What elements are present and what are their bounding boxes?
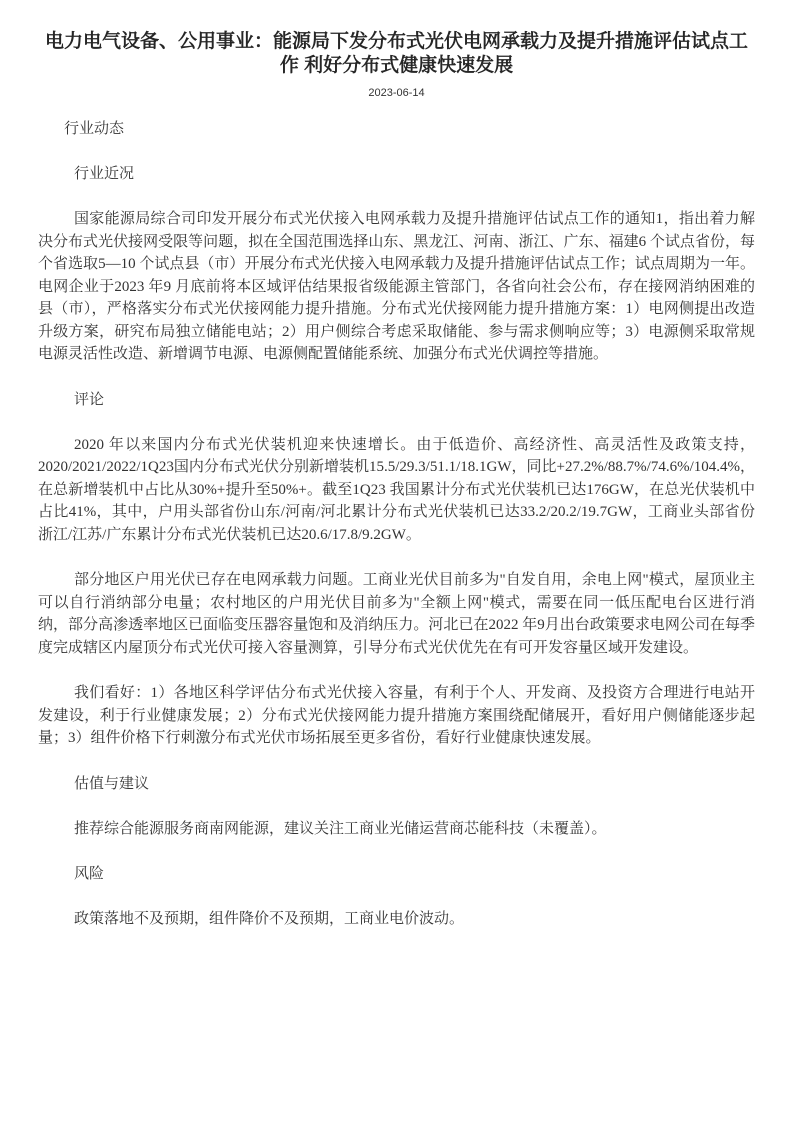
- paragraph: 2020 年以来国内分布式光伏装机迎来快速增长。由于低造价、高经济性、高灵活性及…: [38, 434, 755, 547]
- doc-date: 2023-06-14: [38, 86, 755, 100]
- paragraph: 部分地区户用光伏已存在电网承载力问题。工商业光伏目前多为"自发自用，余电上网"模…: [38, 569, 755, 659]
- document-page: 电力电气设备、公用事业：能源局下发分布式光伏电网承载力及提升措施评估试点工作 利…: [0, 0, 793, 1122]
- section-heading: 评论: [38, 389, 755, 411]
- paragraph: 我们看好：1）各地区科学评估分布式光伏接入容量，有利于个人、开发商、及投资方合理…: [38, 682, 755, 750]
- section-heading: 风险: [38, 863, 755, 885]
- sections: 行业近况国家能源局综合司印发开展分布式光伏接入电网承载力及提升措施评估试点工作的…: [38, 163, 755, 931]
- section-heading: 行业近况: [38, 163, 755, 185]
- page-title: 电力电气设备、公用事业：能源局下发分布式光伏电网承载力及提升措施评估试点工作 利…: [42, 30, 751, 78]
- paragraph: 政策落地不及预期，组件降价不及预期，工商业电价波动。: [38, 908, 755, 931]
- paragraph: 国家能源局综合司印发开展分布式光伏接入电网承载力及提升措施评估试点工作的通知1，…: [38, 208, 755, 366]
- section-heading: 估值与建议: [38, 773, 755, 795]
- paragraph: 推荐综合能源服务商南网能源，建议关注工商业光储运营商芯能科技（未覆盖）。: [38, 818, 755, 841]
- category-label: 行业动态: [38, 118, 755, 140]
